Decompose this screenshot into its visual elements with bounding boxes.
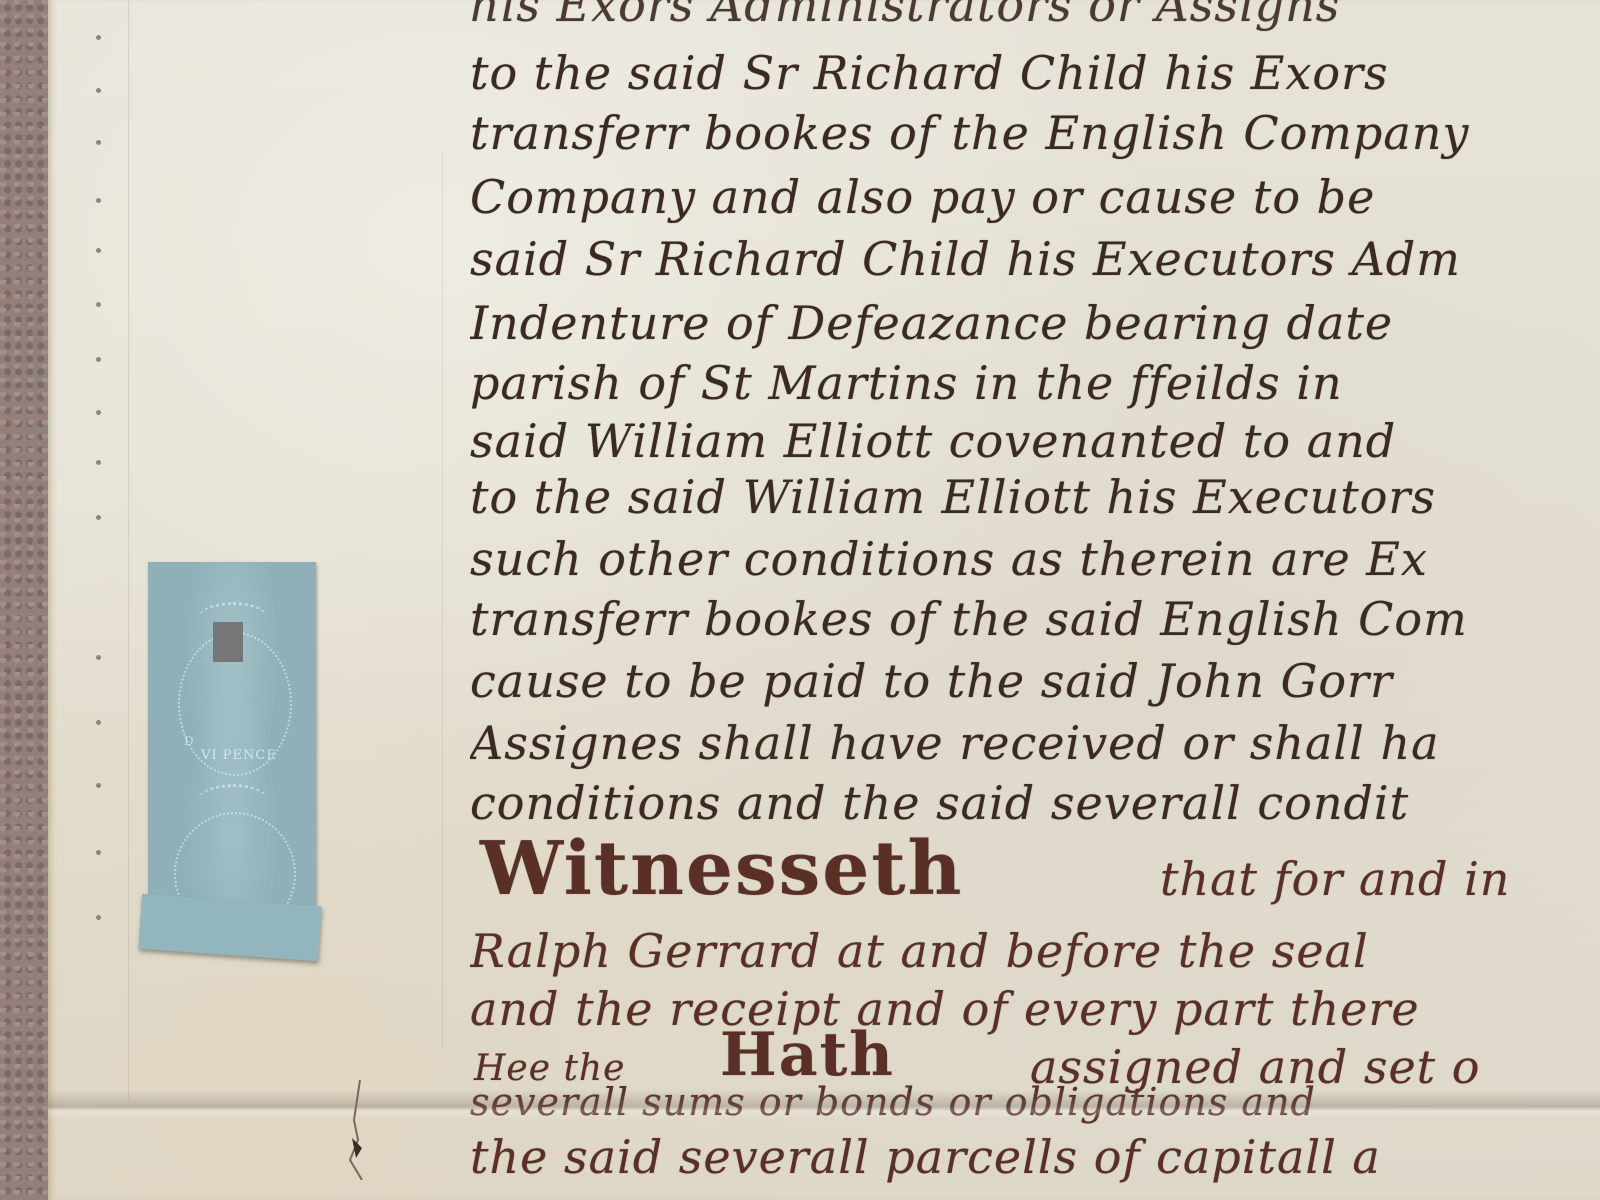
prick-mark bbox=[96, 655, 101, 660]
prick-mark bbox=[96, 198, 101, 203]
text-line: to the said William Elliott his Executor… bbox=[470, 470, 1436, 524]
prick-mark bbox=[96, 35, 101, 40]
text-line: Assignes shall have received or shall ha bbox=[470, 716, 1440, 770]
prick-mark bbox=[96, 850, 101, 855]
stamp-letter: D bbox=[184, 734, 194, 748]
prick-mark bbox=[96, 720, 101, 725]
prick-mark bbox=[96, 410, 101, 415]
text-line: such other conditions as therein are Ex bbox=[470, 532, 1428, 586]
text-line: Indenture of Defeazance bearing date bbox=[470, 296, 1393, 350]
text-line: to the said Sr Richard Child his Exors bbox=[470, 46, 1389, 100]
text-line: said William Elliott covenanted to and bbox=[470, 414, 1396, 468]
text-line: and the receipt and of every part there bbox=[470, 982, 1420, 1036]
prick-mark bbox=[96, 248, 101, 253]
text-line: that for and in bbox=[1160, 852, 1510, 906]
prick-mark bbox=[96, 140, 101, 145]
text-line: cause to be paid to the said John Gorr bbox=[470, 654, 1393, 708]
prick-mark bbox=[96, 357, 101, 362]
revenue-stamp: D VI PENCE bbox=[148, 562, 316, 940]
margin-rule bbox=[128, 0, 129, 1100]
manuscript-text: his Exors Administrators or Assigns to t… bbox=[470, 0, 1600, 1200]
text-line: Company and also pay or cause to be bbox=[470, 170, 1375, 224]
text-line: the said severall parcells of capitall a bbox=[470, 1130, 1381, 1184]
parchment-tear bbox=[340, 1080, 370, 1180]
prick-mark bbox=[96, 460, 101, 465]
parchment-fold bbox=[48, 1090, 1600, 1120]
heading-witnesseth: Witnesseth bbox=[480, 826, 963, 912]
text-line: transferr bookes of the English Company bbox=[470, 106, 1469, 160]
prick-mark bbox=[96, 302, 101, 307]
text-line: transferr bookes of the said English Com bbox=[470, 592, 1468, 646]
prick-mark bbox=[96, 515, 101, 520]
text-line: said Sr Richard Child his Executors Adm bbox=[470, 232, 1461, 286]
text-line: conditions and the said severall condit bbox=[470, 776, 1409, 830]
text-line: parish of St Martins in the ffeilds in bbox=[470, 356, 1343, 410]
prick-mark bbox=[96, 783, 101, 788]
margin-rule-inner bbox=[442, 150, 443, 1050]
wax-seal-mark bbox=[213, 622, 243, 662]
stamp-value-label: VI PENCE bbox=[184, 748, 294, 763]
text-line: his Exors Administrators or Assigns bbox=[470, 0, 1340, 32]
text-line: Ralph Gerrard at and before the seal bbox=[470, 924, 1369, 978]
prick-mark bbox=[96, 915, 101, 920]
prick-mark bbox=[96, 88, 101, 93]
